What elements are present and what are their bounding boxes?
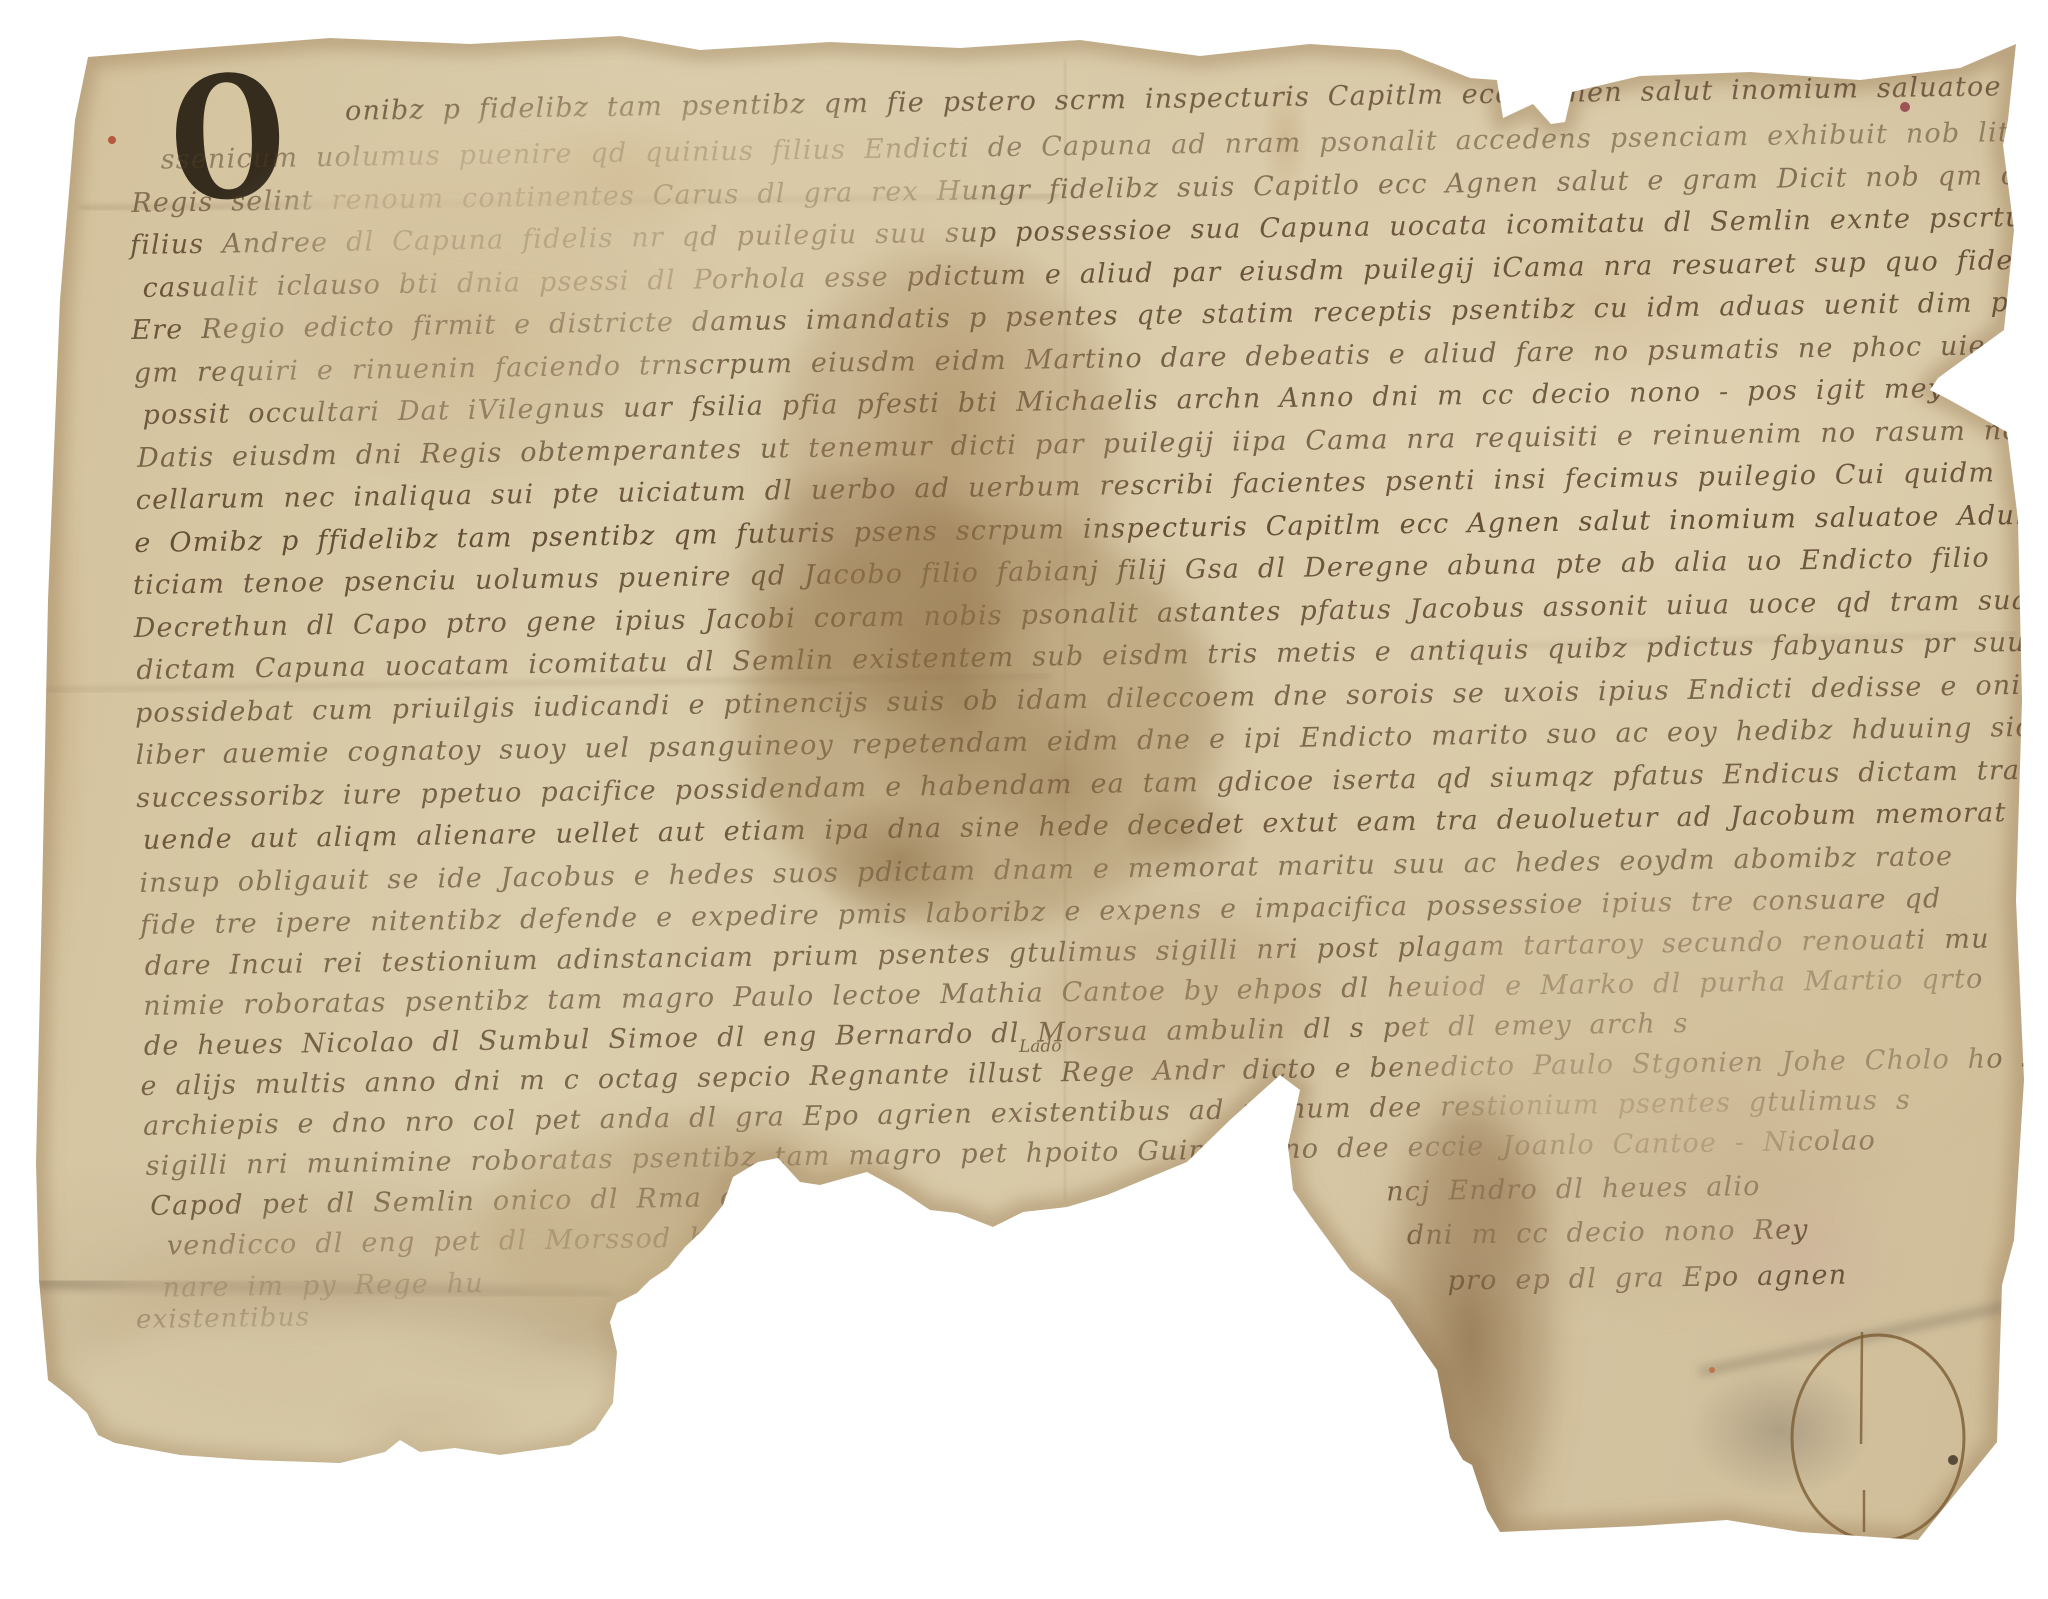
stain-overlay-layer (0, 0, 2048, 1599)
ink-doodle (1792, 1332, 1964, 1541)
parchment-sheet: O onibz p fidelibz tam psentibz qm fie p… (0, 0, 2048, 1599)
overlay-stains (70, 95, 2000, 1560)
photo-background: O onibz p fidelibz tam psentibz qm fie p… (0, 0, 2048, 1599)
